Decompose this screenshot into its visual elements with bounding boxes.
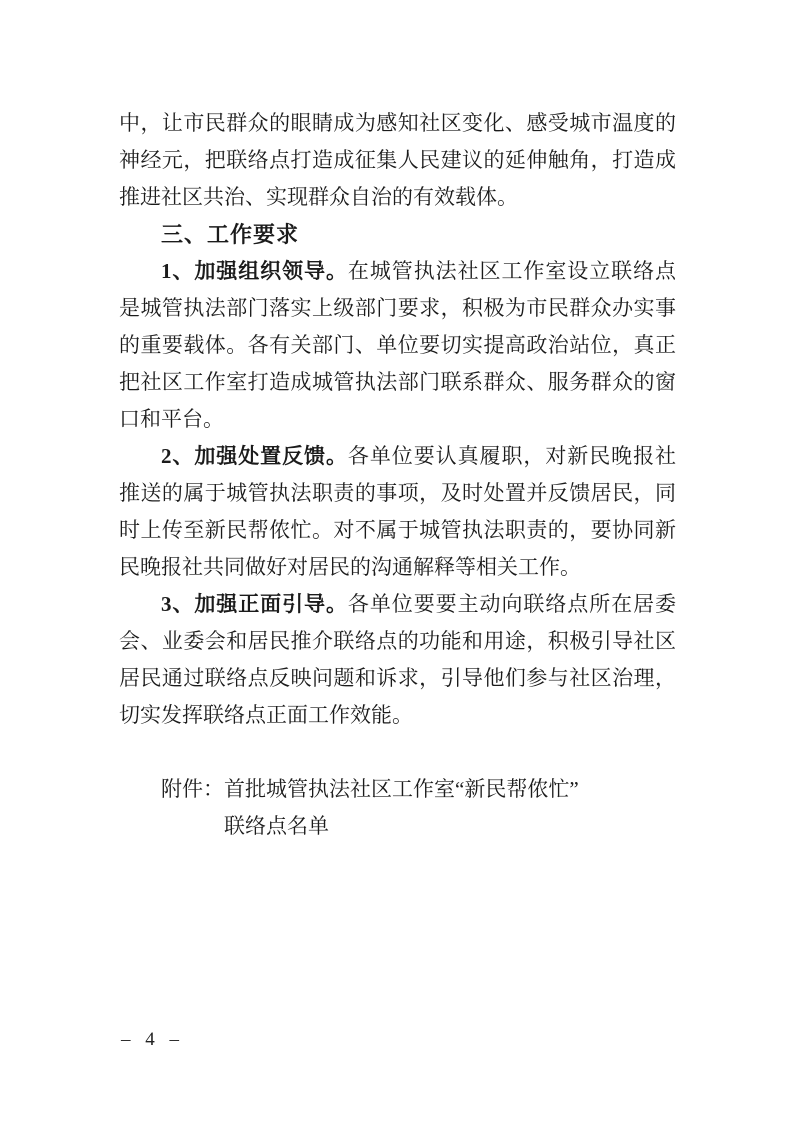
text-line: 中，让市民群众的眼睛成为感知社区变化、感受城市温度的 xyxy=(119,105,676,142)
section-heading: 三、工作要求 xyxy=(119,216,676,253)
text-line: 把社区工作室打造成城管执法部门联系群众、服务群众的窗 xyxy=(119,364,676,401)
text-line: 3、加强正面引导。各单位要要主动向联络点所在居委 xyxy=(119,586,676,623)
text-line: 切实发挥联络点正面工作效能。 xyxy=(119,697,676,734)
text-line: 是城管执法部门落实上级部门要求，积极为市民群众办实事 xyxy=(119,290,676,327)
body-text: 中，让市民群众的眼睛成为感知社区变化、感受城市温度的神经元，把联络点打造成征集人… xyxy=(119,105,676,734)
attachment-line: 联络点名单 xyxy=(119,808,676,845)
text-line: 口和平台。 xyxy=(119,401,676,438)
text-line: 的重要载体。各有关部门、单位要切实提高政治站位，真正 xyxy=(119,327,676,364)
page-number: – 4 – xyxy=(121,1030,184,1049)
text-line: 推送的属于城管执法职责的事项，及时处置并反馈居民，同 xyxy=(119,475,676,512)
numbered-lead: 2、加强处置反馈。 xyxy=(161,444,348,468)
text-line: 民晚报社共同做好对居民的沟通解释等相关工作。 xyxy=(119,549,676,586)
attachment-line: 附件：首批城管执法社区工作室“新民帮侬忙” xyxy=(119,771,676,808)
text-line: 会、业委会和居民推介联络点的功能和用途，积极引导社区 xyxy=(119,623,676,660)
attachment-label: 附件： xyxy=(161,777,224,801)
text-line: 1、加强组织领导。在城管执法社区工作室设立联络点 xyxy=(119,253,676,290)
numbered-lead: 1、加强组织领导。 xyxy=(161,259,348,283)
text-line: 推进社区共治、实现群众自治的有效载体。 xyxy=(119,179,676,216)
text-line: 时上传至新民帮侬忙。对不属于城管执法职责的，要协同新 xyxy=(119,512,676,549)
text-line: 神经元，把联络点打造成征集人民建议的延伸触角，打造成 xyxy=(119,142,676,179)
text-line: 2、加强处置反馈。各单位要认真履职，对新民晚报社 xyxy=(119,438,676,475)
attachment-note: 附件：首批城管执法社区工作室“新民帮侬忙”联络点名单 xyxy=(119,771,676,845)
text-line: 居民通过联络点反映问题和诉求，引导他们参与社区治理， xyxy=(119,660,676,697)
numbered-lead: 3、加强正面引导。 xyxy=(161,592,348,616)
document-page: 中，让市民群众的眼睛成为感知社区变化、感受城市温度的神经元，把联络点打造成征集人… xyxy=(0,0,793,1122)
